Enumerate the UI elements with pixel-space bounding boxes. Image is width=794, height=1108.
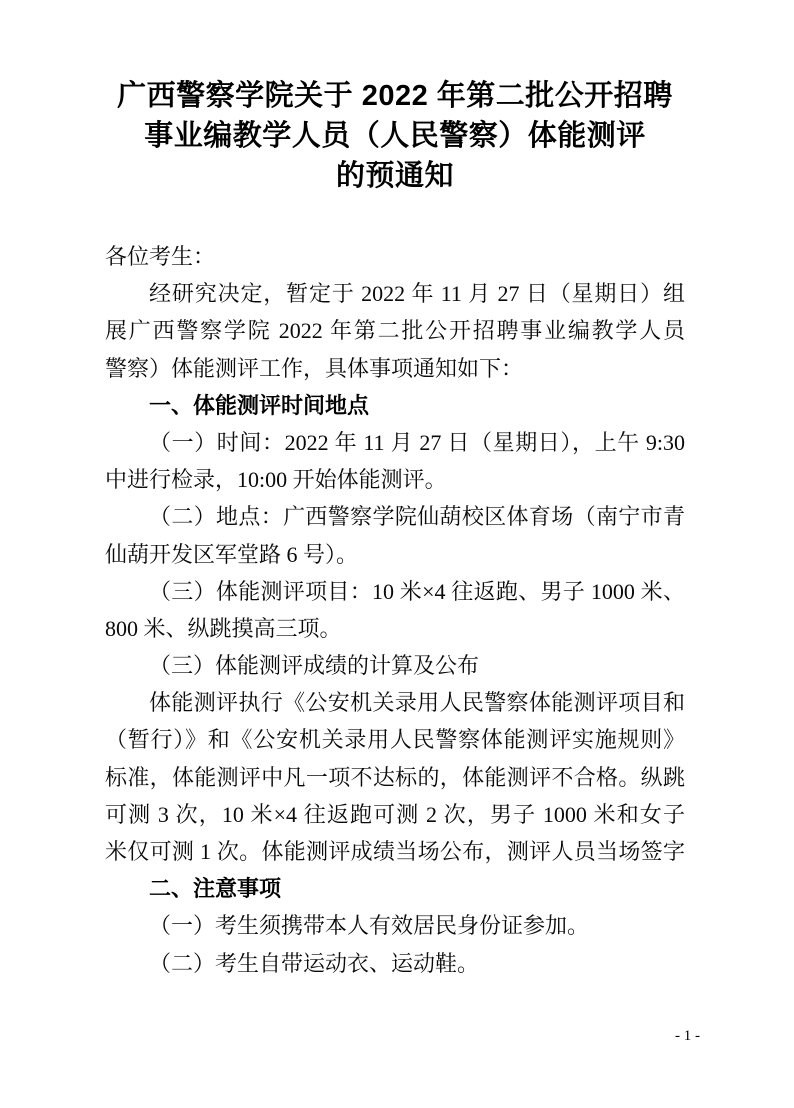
text-line: （一）考生须携带本人有效居民身份证参加。 [105, 907, 685, 944]
paragraph: （一）考生须携带本人有效居民身份证参加。 [105, 907, 685, 944]
paragraph: （二）考生自带运动衣、运动鞋。 [105, 945, 685, 982]
text-line: 体能测评执行《公安机关录用人民警察体能测评项目和标准 [105, 684, 685, 721]
paragraph: 各位考生： [105, 238, 685, 275]
text-line: 警察）体能测评工作，具体事项通知如下： [105, 350, 685, 387]
title-line: 的预通知 [105, 156, 685, 196]
text-line: 展广西警察学院 2022 年第二批公开招聘事业编教学人员（人民 [105, 312, 685, 349]
text-line: （二）考生自带运动衣、运动鞋。 [105, 945, 685, 982]
document-body: 各位考生：经研究决定，暂定于 2022 年 11 月 27 日（星期日）组织开展… [105, 238, 685, 982]
paragraph: （二）地点：广西警察学院仙葫校区体育场（南宁市青秀区仙葫开发区军堂路 6 号）。 [105, 498, 685, 572]
text-line: 仙葫开发区军堂路 6 号）。 [105, 536, 685, 573]
text-line: 一、体能测评时间地点 [105, 387, 685, 424]
text-line: 米仅可测 1 次。体能测评成绩当场公布，测评人员当场签字确认。 [105, 833, 685, 870]
document-page: 广西警察学院关于 2022 年第二批公开招聘事业编教学人员（人民警察）体能测评的… [0, 0, 794, 1108]
text-line: （三）体能测评成绩的计算及公布 [105, 647, 685, 684]
text-line: 标准，体能测评中凡一项不达标的，体能测评不合格。纵跳摸高 [105, 759, 685, 796]
paragraph: （一）时间：2022 年 11 月 27 日（星期日），上午 9:30 集中进行… [105, 424, 685, 498]
text-line: 各位考生： [105, 238, 685, 275]
title-line: 广西警察学院关于 2022 年第二批公开招聘 [105, 76, 685, 116]
text-line: 800 米、纵跳摸高三项。 [105, 610, 685, 647]
text-line: （暂行）》和《公安机关录用人民警察体能测评实施规则》有关 [105, 721, 685, 758]
paragraph: 体能测评执行《公安机关录用人民警察体能测评项目和标准（暂行）》和《公安机关录用人… [105, 684, 685, 870]
paragraph: 经研究决定，暂定于 2022 年 11 月 27 日（星期日）组织开展广西警察学… [105, 275, 685, 387]
text-line: （一）时间：2022 年 11 月 27 日（星期日），上午 9:30 集 [105, 424, 685, 461]
text-line: 二、注意事项 [105, 870, 685, 907]
document-title: 广西警察学院关于 2022 年第二批公开招聘事业编教学人员（人民警察）体能测评的… [105, 76, 685, 196]
text-line: 中进行检录，10:00 开始体能测评。 [105, 461, 685, 498]
title-line: 事业编教学人员（人民警察）体能测评 [105, 116, 685, 156]
text-line: （三）体能测评项目：10 米×4 往返跑、男子 1000 米、女子 [105, 573, 685, 610]
text-line: 可测 3 次，10 米×4 往返跑可测 2 次，男子 1000 米和女子 800 [105, 796, 685, 833]
page-number: - 1 - [675, 1028, 700, 1044]
section-heading: 一、体能测评时间地点 [105, 387, 685, 424]
section-heading: 二、注意事项 [105, 870, 685, 907]
paragraph: （三）体能测评成绩的计算及公布 [105, 647, 685, 684]
text-line: （二）地点：广西警察学院仙葫校区体育场（南宁市青秀区 [105, 498, 685, 535]
text-line: 经研究决定，暂定于 2022 年 11 月 27 日（星期日）组织开 [105, 275, 685, 312]
paragraph: （三）体能测评项目：10 米×4 往返跑、男子 1000 米、女子800 米、纵… [105, 573, 685, 647]
